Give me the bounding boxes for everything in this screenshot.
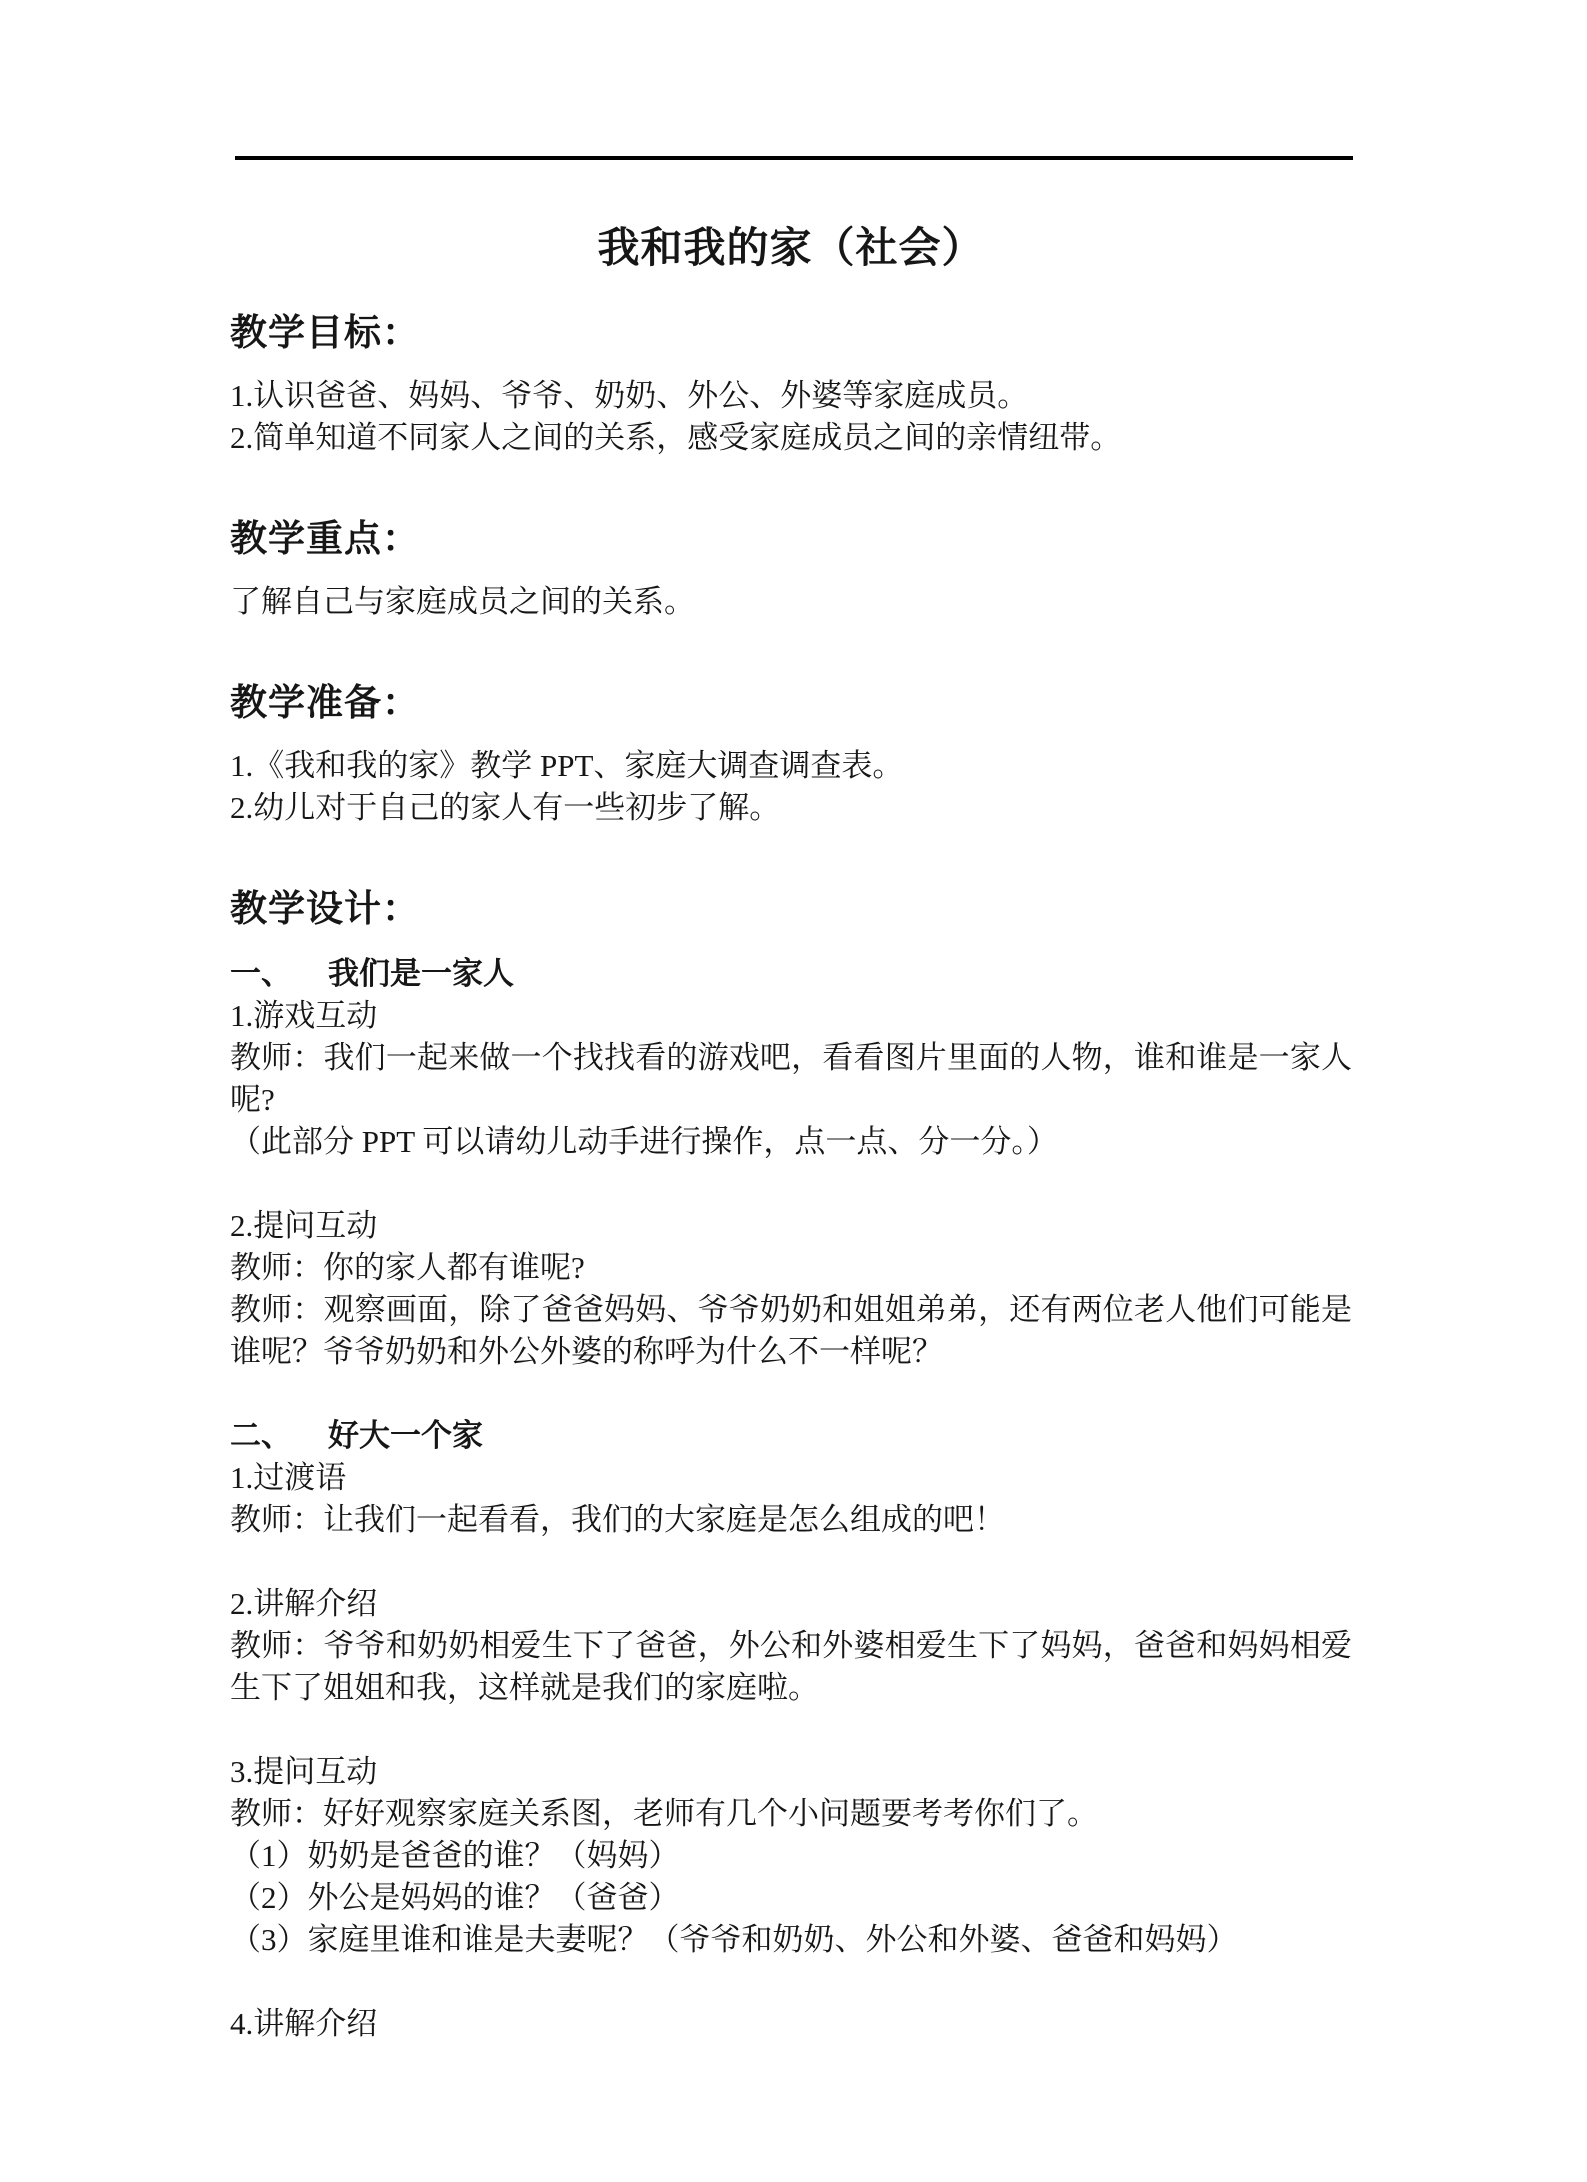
paragraph: 3.提问互动 [230, 1751, 1352, 1793]
document-title: 我和我的家（社会） [230, 223, 1352, 275]
activity-block: 2.讲解介绍 教师：爷爷和奶奶相爱生下了爸爸，外公和外婆相爱生下了妈妈，爸爸和妈… [230, 1583, 1352, 1709]
document-content: 我和我的家（社会） 教学目标： 1.认识爸爸、妈妈、爷爷、奶奶、外公、外婆等家庭… [230, 205, 1352, 2045]
paragraph: 教师：我们一起来做一个找找看的游戏吧，看看图片里面的人物，谁和谁是一家人呢? [230, 1037, 1352, 1121]
paragraph: 2.讲解介绍 [230, 1583, 1352, 1625]
section-heading-preparation: 教学准备： [230, 681, 1352, 727]
paragraph: （此部分 PPT 可以请幼儿动手进行操作，点一点、分一分。） [230, 1121, 1352, 1163]
document-page: 我和我的家（社会） 教学目标： 1.认识爸爸、妈妈、爷爷、奶奶、外公、外婆等家庭… [0, 0, 1587, 2182]
subsection-heading: 一、我们是一家人 [230, 953, 1352, 995]
subsection-title: 我们是一家人 [328, 956, 514, 991]
section-heading-key-points: 教学重点： [230, 517, 1352, 563]
activity-block: 3.提问互动 教师：好好观察家庭关系图，老师有几个小问题要考考你们了。 （1）奶… [230, 1751, 1352, 1961]
paragraph: 2.简单知道不同家人之间的关系，感受家庭成员之间的亲情纽带。 [230, 417, 1352, 459]
paragraph: （2）外公是妈妈的谁？（爸爸） [230, 1877, 1352, 1919]
paragraph: 2.幼儿对于自己的家人有一些初步了解。 [230, 787, 1352, 829]
activity-block: 1.过渡语 教师：让我们一起看看，我们的大家庭是怎么组成的吧！ [230, 1457, 1352, 1541]
paragraph: 1.认识爸爸、妈妈、爷爷、奶奶、外公、外婆等家庭成员。 [230, 375, 1352, 417]
paragraph: 1.游戏互动 [230, 995, 1352, 1037]
activity-block: 1.游戏互动 教师：我们一起来做一个找找看的游戏吧，看看图片里面的人物，谁和谁是… [230, 995, 1352, 1163]
paragraph: 4.讲解介绍 [230, 2003, 1352, 2045]
section-heading-objectives: 教学目标： [230, 311, 1352, 357]
activity-block: 2.提问互动 教师：你的家人都有谁呢? 教师：观察画面，除了爸爸妈妈、爷爷奶奶和… [230, 1205, 1352, 1373]
section-key-points: 教学重点： 了解自己与家庭成员之间的关系。 [230, 517, 1352, 623]
activity-block: 4.讲解介绍 [230, 2003, 1352, 2045]
subsection-number: 二、 [230, 1418, 292, 1453]
subsection-title: 好大一个家 [328, 1418, 483, 1453]
paragraph: 教师：好好观察家庭关系图，老师有几个小问题要考考你们了。 [230, 1793, 1352, 1835]
subsection-heading: 二、好大一个家 [230, 1415, 1352, 1457]
section-preparation: 教学准备： 1.《我和我的家》教学 PPT、家庭大调查调查表。 2.幼儿对于自己… [230, 681, 1352, 829]
paragraph: 1.《我和我的家》教学 PPT、家庭大调查调查表。 [230, 745, 1352, 787]
section-design: 教学设计： 一、我们是一家人 1.游戏互动 教师：我们一起来做一个找找看的游戏吧… [230, 887, 1352, 2045]
header-rule [235, 156, 1353, 160]
paragraph: 教师：你的家人都有谁呢? [230, 1247, 1352, 1289]
subsection-number: 一、 [230, 956, 292, 991]
paragraph: 教师：爷爷和奶奶相爱生下了爸爸，外公和外婆相爱生下了妈妈，爸爸和妈妈相爱生下了姐… [230, 1625, 1352, 1709]
paragraph: （3）家庭里谁和谁是夫妻呢？（爷爷和奶奶、外公和外婆、爸爸和妈妈） [230, 1919, 1352, 1961]
paragraph: 1.过渡语 [230, 1457, 1352, 1499]
paragraph: 2.提问互动 [230, 1205, 1352, 1247]
paragraph: 教师：让我们一起看看，我们的大家庭是怎么组成的吧！ [230, 1499, 1352, 1541]
paragraph: 了解自己与家庭成员之间的关系。 [230, 581, 1352, 623]
paragraph: 教师：观察画面，除了爸爸妈妈、爷爷奶奶和姐姐弟弟，还有两位老人他们可能是谁呢？爷… [230, 1289, 1352, 1373]
section-heading-design: 教学设计： [230, 887, 1352, 933]
subsection-big-family: 二、好大一个家 1.过渡语 教师：让我们一起看看，我们的大家庭是怎么组成的吧！ … [230, 1415, 1352, 2045]
section-objectives: 教学目标： 1.认识爸爸、妈妈、爷爷、奶奶、外公、外婆等家庭成员。 2.简单知道… [230, 311, 1352, 459]
paragraph: （1）奶奶是爸爸的谁？（妈妈） [230, 1835, 1352, 1877]
subsection-one-family: 一、我们是一家人 1.游戏互动 教师：我们一起来做一个找找看的游戏吧，看看图片里… [230, 953, 1352, 1373]
